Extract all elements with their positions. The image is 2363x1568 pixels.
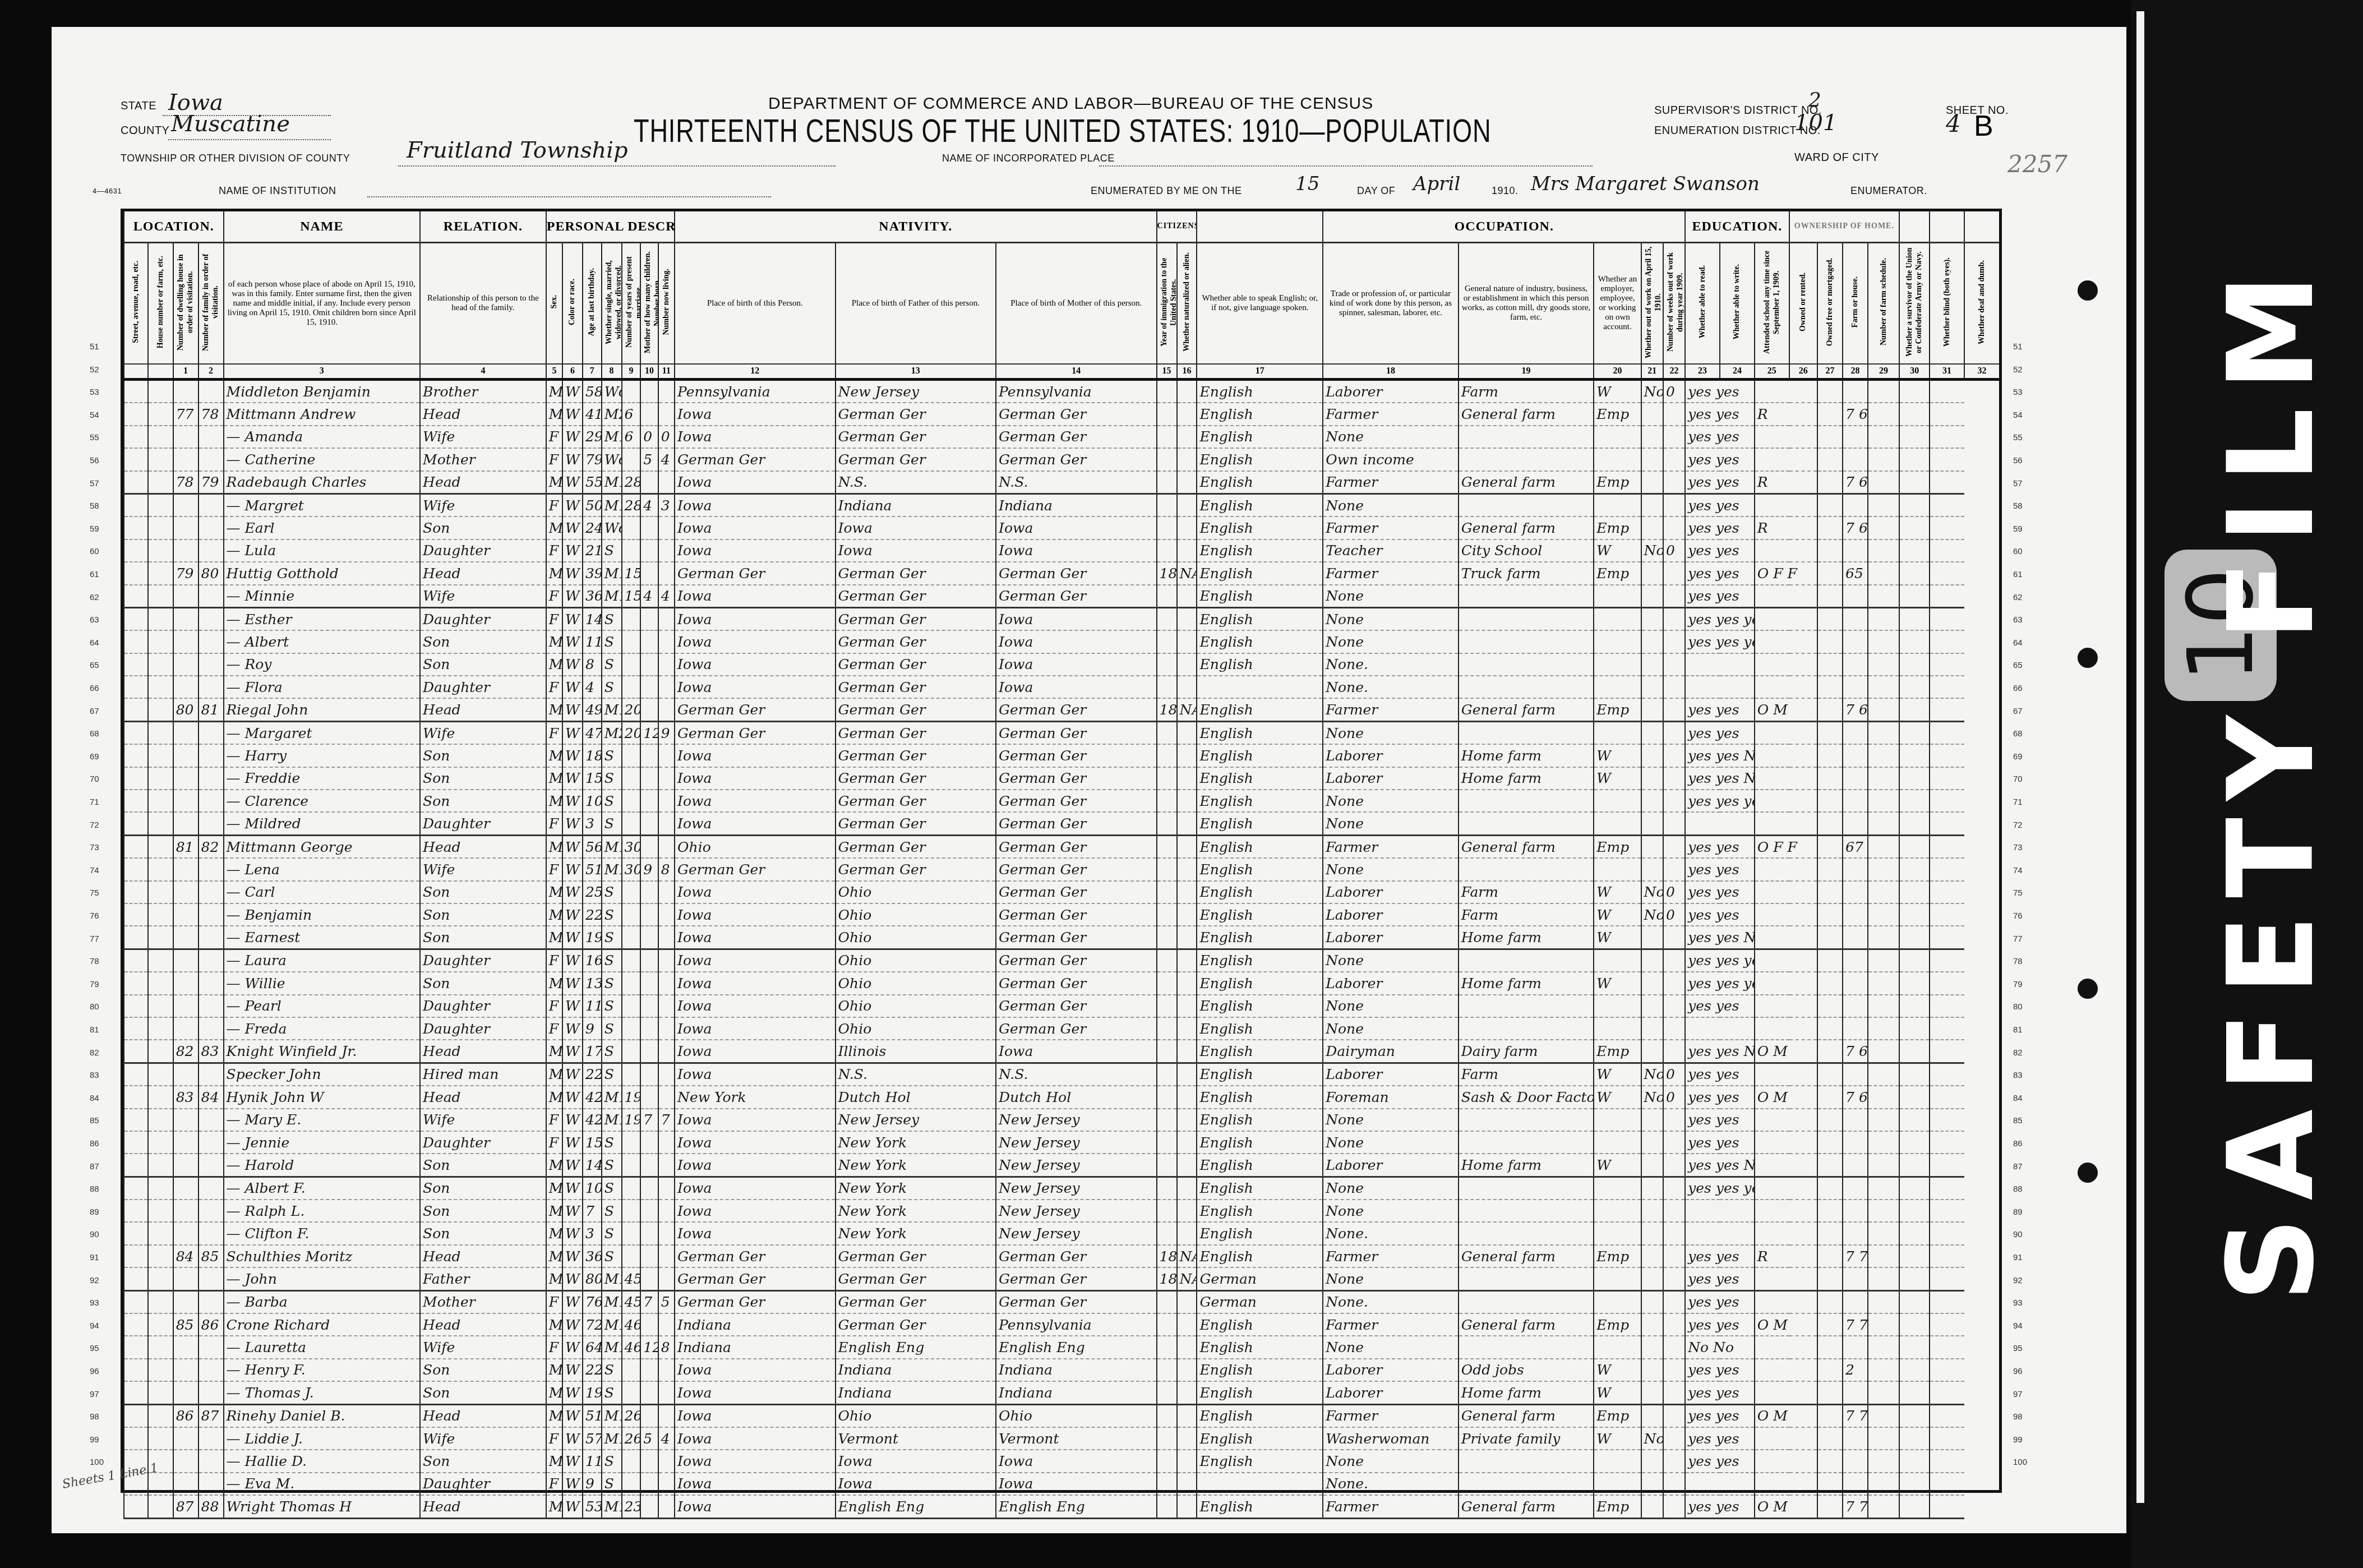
cell-fbp: New York (836, 1222, 996, 1244)
cell-yrs (622, 1359, 641, 1381)
cell-fbp: German Ger (836, 676, 996, 698)
cell-trade: Dairyman (1323, 1040, 1459, 1063)
cell-fam (199, 790, 224, 812)
cell-living (658, 926, 675, 949)
cell-living (658, 790, 675, 812)
cell-ind: General farm (1459, 698, 1594, 721)
cell-race: W (562, 995, 583, 1017)
cell-empty (1930, 926, 1964, 949)
table-row: 8182Mittmann GeorgeHeadMW56M130OhioGerma… (124, 835, 1999, 858)
cell-rel: Father (420, 1267, 546, 1290)
cell-age: 14 (583, 1154, 602, 1177)
group-language (1197, 211, 1323, 243)
column-header-22: Whether out of work on April 15, 1910. (1641, 243, 1663, 365)
cell-empty (148, 403, 173, 425)
cell-nat (1177, 1131, 1197, 1154)
cell-born (640, 1473, 658, 1495)
enumerated-label: ENUMERATED BY ME ON THE (1091, 185, 1242, 197)
cell-wk (1663, 972, 1685, 994)
cell-empty (148, 1040, 173, 1063)
cell-dw: 86 (173, 1404, 199, 1427)
form-code: 4—4631 (93, 187, 122, 195)
cell-own (1755, 1359, 1817, 1381)
cell-living (658, 812, 675, 835)
line-number: 55 (2013, 433, 2023, 442)
cell-ind: Farm (1459, 881, 1594, 903)
cell-empty (1930, 1086, 1964, 1108)
cell-ms: S (602, 1200, 622, 1222)
cell-empty (148, 721, 173, 744)
cell-name: — Willie (224, 972, 421, 994)
cell-yrs (622, 1450, 641, 1472)
cell-ed: yes yes (1685, 380, 1755, 403)
cell-empty (148, 1017, 173, 1040)
cell-ind (1459, 676, 1594, 698)
cell-ow (1641, 471, 1663, 494)
cell-race: W (562, 1473, 583, 1495)
cell-race: W (562, 471, 583, 494)
cell-fam (199, 744, 224, 767)
cell-empty (148, 790, 173, 812)
cell-ind: Home farm (1459, 1381, 1594, 1404)
cell-nat (1177, 471, 1197, 494)
table-row: — HarrySonMW18SIowaGerman GerGerman GerE… (124, 744, 1999, 767)
cell-age: 15 (583, 767, 602, 790)
cell-empty (124, 949, 148, 972)
line-number: 88 (90, 1184, 99, 1194)
cell-nat (1177, 1017, 1197, 1040)
cell-empty (148, 426, 173, 448)
cell-living: 8 (658, 858, 675, 880)
cell-ow: No (1641, 1086, 1663, 1108)
cell-empty (124, 767, 148, 790)
line-number: 85 (2013, 1116, 2023, 1126)
cell-ow (1641, 949, 1663, 972)
cell-empty (1930, 835, 1964, 858)
cell-empty (1868, 585, 1899, 608)
cell-dw (173, 744, 199, 767)
group-citizenship: CITIZENSHIP. (1157, 211, 1197, 243)
cell-bp: Pennsylvania (675, 380, 836, 403)
incorporated-place-line (1099, 165, 1593, 167)
cell-mbp: Iowa (996, 653, 1157, 676)
cell-empty (1817, 1495, 1843, 1518)
cell-name: — Margret (224, 494, 421, 516)
cell-dw (173, 812, 199, 835)
cell-fbp: New Jersey (836, 1109, 996, 1131)
cell-sex: M (546, 403, 562, 425)
cell-dw (173, 653, 199, 676)
cell-lang: English (1197, 562, 1323, 584)
cell-ed: yes yes (1685, 858, 1755, 880)
cell-empty (1930, 562, 1964, 584)
cell-empty (1868, 835, 1899, 858)
cell-lang: English (1197, 426, 1323, 448)
cell-race: W (562, 630, 583, 653)
column-number-13: 12 (675, 364, 836, 380)
cell-empty (148, 562, 173, 584)
cell-imm (1157, 1313, 1177, 1336)
cell-bp: Iowa (675, 676, 836, 698)
table-row: 8586Crone RichardHeadMW72M146IndianaGerm… (124, 1313, 1999, 1336)
cell-wk: 0 (1663, 1086, 1685, 1108)
cell-fam (199, 539, 224, 562)
cell-wk (1663, 698, 1685, 721)
cell-lang: English (1197, 1017, 1323, 1040)
cell-ow (1641, 1245, 1663, 1267)
cell-ms: S (602, 1359, 622, 1381)
cell-empty (1930, 1245, 1964, 1267)
cell-trade: Laborer (1323, 1359, 1459, 1381)
cell-ow (1641, 585, 1663, 608)
cell-race: W (562, 562, 583, 584)
cell-ind (1459, 790, 1594, 812)
cell-empty (1817, 790, 1843, 812)
cell-ms: S (602, 653, 622, 676)
cell-race: W (562, 812, 583, 835)
cell-ow (1641, 494, 1663, 516)
column-number-25: 24 (1720, 364, 1755, 380)
cell-empty (1868, 562, 1899, 584)
cell-age: 25 (583, 881, 602, 903)
cell-ms: S (602, 1245, 622, 1267)
cell-sex: F (546, 585, 562, 608)
cell-dw (173, 1063, 199, 1086)
cell-name: — Flora (224, 676, 421, 698)
cell-sex: M (546, 653, 562, 676)
cell-empty (1868, 1359, 1899, 1381)
cell-mbp: Iowa (996, 516, 1157, 539)
cell-yrs: 15 (622, 562, 641, 584)
line-number: 75 (2013, 888, 2023, 898)
cell-born (640, 767, 658, 790)
cell-empty (1930, 1359, 1964, 1381)
cell-fam (199, 995, 224, 1017)
cell-wk: 0 (1663, 903, 1685, 926)
cell-emp (1594, 995, 1641, 1017)
cell-empty (1930, 698, 1964, 721)
cell-emp (1594, 607, 1641, 630)
line-number: 89 (2013, 1207, 2023, 1217)
cell-yrs: 20 (622, 721, 641, 744)
cell-empty (1899, 494, 1930, 516)
cell-nat (1177, 881, 1197, 903)
cell-age: 49 (583, 698, 602, 721)
cell-living (658, 835, 675, 858)
table-row: — CatherineMotherFW79Wd54German GerGerma… (124, 448, 1999, 471)
column-header-2: Number of dwelling house in order of vis… (173, 243, 199, 365)
cell-trade: Laborer (1323, 926, 1459, 949)
cell-empty (1868, 539, 1899, 562)
cell-living (658, 403, 675, 425)
cell-emp: W (1594, 1063, 1641, 1086)
cell-dw (173, 1017, 199, 1040)
cell-emp (1594, 949, 1641, 972)
cell-ow (1641, 1177, 1663, 1200)
line-number: 69 (90, 752, 99, 762)
cell-own: O M (1755, 698, 1817, 721)
cell-ind (1459, 1267, 1594, 1290)
cell-living (658, 1040, 675, 1063)
line-number: 71 (90, 797, 99, 807)
cell-race: W (562, 1450, 583, 1472)
table-row: — EarlSonMW24WdIowaIowaIowaEnglishFarmer… (124, 516, 1999, 539)
cell-trade: Own income (1323, 448, 1459, 471)
cell-yrs: 26 (622, 1404, 641, 1427)
table-row: — MargaretWifeFW47M220129German GerGerma… (124, 721, 1999, 744)
cell-race: W (562, 835, 583, 858)
cell-living (658, 676, 675, 698)
cell-fs (1843, 1381, 1868, 1404)
cell-fs (1843, 380, 1868, 403)
cell-imm (1157, 539, 1177, 562)
cell-emp (1594, 448, 1641, 471)
cell-fs: 7 73 (1843, 1495, 1868, 1518)
cell-mbp: Indiana (996, 1359, 1157, 1381)
line-number: 90 (2013, 1230, 2023, 1239)
line-number: 95 (2013, 1344, 2023, 1353)
cell-empty (1899, 1200, 1930, 1222)
cell-rel: Wife (420, 1109, 546, 1131)
cell-rel: Mother (420, 1290, 546, 1313)
cell-imm (1157, 403, 1177, 425)
cell-rel: Wife (420, 426, 546, 448)
cell-ow (1641, 562, 1663, 584)
cell-emp: Emp (1594, 403, 1641, 425)
cell-fbp: Ohio (836, 1404, 996, 1427)
cell-empty (1817, 972, 1843, 994)
cell-ind (1459, 494, 1594, 516)
column-header-6: Sex. (546, 243, 562, 365)
cell-ow (1641, 995, 1663, 1017)
cell-rel: Head (420, 835, 546, 858)
cell-race: W (562, 1359, 583, 1381)
cell-wk (1663, 1427, 1685, 1450)
cell-fs (1843, 1267, 1868, 1290)
cell-wk (1663, 721, 1685, 744)
cell-empty (1868, 926, 1899, 949)
cell-imm (1157, 926, 1177, 949)
cell-mbp: German Ger (996, 426, 1157, 448)
cell-living (658, 767, 675, 790)
cell-name: — Amanda (224, 426, 421, 448)
cell-lang: English (1197, 653, 1323, 676)
cell-empty (124, 903, 148, 926)
cell-fs (1843, 1427, 1868, 1450)
cell-own (1755, 1063, 1817, 1086)
cell-own (1755, 1290, 1817, 1313)
cell-sex: F (546, 1131, 562, 1154)
cell-dw: 85 (173, 1313, 199, 1336)
cell-emp (1594, 1290, 1641, 1313)
cell-own: R (1755, 516, 1817, 539)
cell-empty (124, 676, 148, 698)
cell-ms: M1 (602, 698, 622, 721)
cell-empty (124, 653, 148, 676)
column-header-24: Whether able to read. (1685, 243, 1720, 365)
cell-yrs: 23 (622, 1495, 641, 1518)
cell-fam (199, 1427, 224, 1450)
cell-empty (148, 448, 173, 471)
cell-imm (1157, 1177, 1177, 1200)
cell-ind: Farm (1459, 903, 1594, 926)
cell-fam (199, 926, 224, 949)
cell-ind (1459, 721, 1594, 744)
cell-wk: 0 (1663, 1063, 1685, 1086)
cell-emp: W (1594, 1086, 1641, 1108)
column-label: Number of years of present marriage. (625, 246, 641, 358)
cell-lang: English (1197, 539, 1323, 562)
cell-ed: yes yes (1685, 516, 1755, 539)
cell-ed: yes yes (1685, 1131, 1755, 1154)
column-label: Whether able to write. (1732, 264, 1742, 339)
cell-lang: English (1197, 516, 1323, 539)
cell-born (640, 1040, 658, 1063)
cell-ms: Wd (602, 516, 622, 539)
cell-ind: Home farm (1459, 926, 1594, 949)
cell-born (640, 1450, 658, 1472)
cell-own (1755, 1109, 1817, 1131)
cell-empty (148, 1336, 173, 1358)
cell-race: W (562, 380, 583, 403)
cell-own (1755, 1473, 1817, 1495)
cell-empty (1899, 949, 1930, 972)
cell-sex: M (546, 767, 562, 790)
column-number-29: 28 (1843, 364, 1868, 380)
cell-trade: None (1323, 949, 1459, 972)
cell-fs (1843, 1200, 1868, 1222)
line-number: 70 (90, 774, 99, 784)
cell-ed (1685, 1017, 1755, 1040)
cell-name: Hynik John W (224, 1086, 421, 1108)
line-number: 96 (2013, 1367, 2023, 1376)
cell-ow (1641, 1381, 1663, 1404)
cell-rel: Son (420, 1177, 546, 1200)
line-number: 60 (2013, 547, 2023, 556)
cell-fbp: Ohio (836, 881, 996, 903)
line-number: 82 (90, 1048, 99, 1058)
cell-empty (124, 1131, 148, 1154)
cell-fs (1843, 653, 1868, 676)
cell-race: W (562, 1495, 583, 1518)
cell-empty (1868, 1086, 1899, 1108)
cell-yrs: 19 (622, 1086, 641, 1108)
cell-name: — Esther (224, 607, 421, 630)
cell-nat (1177, 995, 1197, 1017)
line-number: 60 (90, 547, 99, 556)
cell-yrs (622, 1381, 641, 1404)
cell-age: 22 (583, 903, 602, 926)
cell-dw (173, 903, 199, 926)
cell-nat (1177, 1063, 1197, 1086)
cell-fs (1843, 1450, 1868, 1472)
cell-living (658, 903, 675, 926)
cell-trade: None. (1323, 1222, 1459, 1244)
cell-bp: Iowa (675, 630, 836, 653)
cell-own (1755, 926, 1817, 949)
cell-fbp: Illinois (836, 1040, 996, 1063)
cell-own (1755, 1450, 1817, 1472)
cell-own (1755, 858, 1817, 880)
cell-empty (1817, 1473, 1843, 1495)
cell-mbp: German Ger (996, 926, 1157, 949)
cell-ed: yes yes (1685, 585, 1755, 608)
cell-bp: Iowa (675, 1450, 836, 1472)
cell-empty (124, 835, 148, 858)
cell-race: W (562, 607, 583, 630)
cell-rel: Head (420, 471, 546, 494)
cell-wk (1663, 1222, 1685, 1244)
cell-age: 41 (583, 403, 602, 425)
cell-sex: F (546, 1427, 562, 1450)
cell-imm (1157, 1336, 1177, 1358)
county-line (168, 139, 331, 140)
cell-wk (1663, 744, 1685, 767)
cell-bp: Iowa (675, 744, 836, 767)
cell-empty (1817, 585, 1843, 608)
line-number: 52 (2013, 365, 2023, 375)
cell-empty (124, 972, 148, 994)
cell-trade: None (1323, 995, 1459, 1017)
cell-nat (1177, 1200, 1197, 1222)
cell-empty (1817, 926, 1843, 949)
cell-living (658, 607, 675, 630)
cell-ms: S (602, 790, 622, 812)
cell-sex: M (546, 903, 562, 926)
cell-emp: W (1594, 972, 1641, 994)
cell-mbp: Iowa (996, 1473, 1157, 1495)
cell-lang: English (1197, 1336, 1323, 1358)
cell-fs (1843, 1222, 1868, 1244)
cell-trade: None. (1323, 1290, 1459, 1313)
cell-imm (1157, 1063, 1177, 1086)
cell-mbp: New Jersey (996, 1131, 1157, 1154)
cell-dw: 84 (173, 1245, 199, 1267)
cell-race: W (562, 1267, 583, 1290)
cell-bp: Iowa (675, 539, 836, 562)
cell-ow (1641, 812, 1663, 835)
cell-empty (148, 1131, 173, 1154)
cell-ed: yes yes (1685, 1086, 1755, 1108)
cell-trade: None (1323, 812, 1459, 835)
cell-sex: M (546, 1040, 562, 1063)
column-label: of each person whose place of abode on A… (228, 280, 416, 327)
cell-ms: M1 (602, 426, 622, 448)
cell-fs (1843, 1063, 1868, 1086)
cell-rel: Son (420, 1222, 546, 1244)
cell-empty (148, 1290, 173, 1313)
cell-name: — Margaret (224, 721, 421, 744)
cell-rel: Head (420, 1495, 546, 1518)
cell-empty (1868, 744, 1899, 767)
cell-mbp: Iowa (996, 1450, 1157, 1472)
cell-fs (1843, 1154, 1868, 1177)
cell-nat (1177, 494, 1197, 516)
cell-race: W (562, 881, 583, 903)
cell-own: O F F (1755, 835, 1817, 858)
cell-own (1755, 1427, 1817, 1450)
table-row: — HaroldSonMW14SIowaNew YorkNew JerseyEn… (124, 1154, 1999, 1177)
cell-yrs (622, 767, 641, 790)
cell-name: — Eva M. (224, 1473, 421, 1495)
cell-ms: S (602, 744, 622, 767)
cell-nat (1177, 1450, 1197, 1472)
cell-lang: English (1197, 1109, 1323, 1131)
cell-fam (199, 676, 224, 698)
cell-imm: 1886 (1157, 1267, 1177, 1290)
cell-dw (173, 767, 199, 790)
cell-empty (1868, 972, 1899, 994)
